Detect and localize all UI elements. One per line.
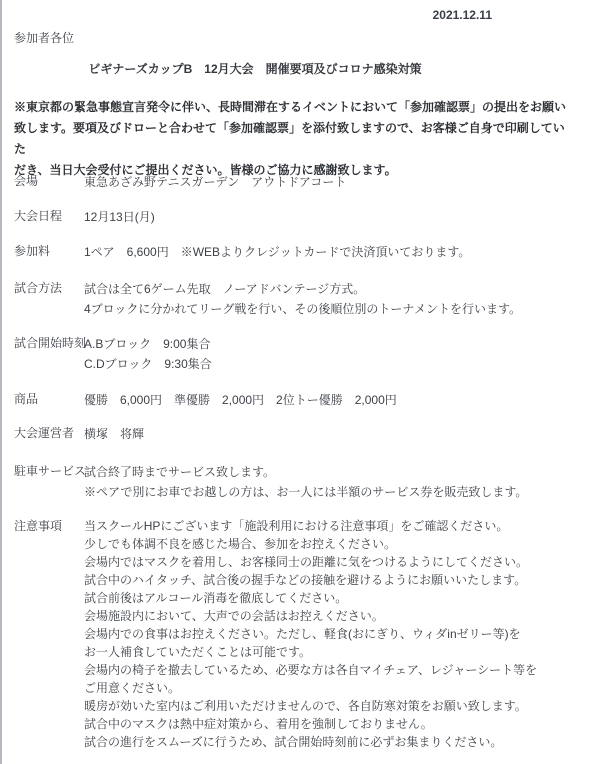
section-label: 商品 — [14, 390, 38, 407]
section-value: 当スクールHPにございます「施設利用における注意事項」をご確認ください。 少しで… — [84, 517, 590, 751]
section-value: 横塚 将輝 — [84, 424, 590, 444]
salutation: 参加者各位 — [14, 29, 74, 46]
document-title: ビギナーズカップB 12月大会 開催要項及びコロナ感染対策 — [0, 60, 510, 77]
section-value: 優勝 6,000円 準優勝 2,000円 2位トー優勝 2,000円 — [84, 390, 590, 410]
document-page: 2021.12.11 参加者各位 ビギナーズカップB 12月大会 開催要項及びコ… — [0, 0, 600, 764]
section-row-match-format: 試合方法 試合は全て6ゲーム先取 ノーアドバンテージ方式。 4ブロックに分かれて… — [0, 279, 600, 319]
document-date: 2021.12.11 — [0, 8, 492, 22]
section-value: 東急あざみ野テニスガーデン アウトドアコート — [84, 172, 590, 192]
section-label: 駐車サービス — [14, 462, 86, 479]
section-row-start-time: 試合開始時刻 A.Bブロック 9:00集合 C.Dブロック 9:30集合 — [0, 334, 600, 374]
section-label: 大会日程 — [14, 207, 62, 224]
section-row-entry-fee: 参加料 1ペア 6,600円 ※WEBよりクレジットカードで決済頂いております。 — [0, 242, 600, 262]
section-row-parking-service: 駐車サービス 試合終了時までサービス致します。 ※ペアで別にお車でお越しの方は、… — [0, 462, 600, 502]
section-value: 試合終了時までサービス致します。 ※ペアで別にお車でお越しの方は、お一人には半額… — [84, 462, 590, 502]
section-row-prizes: 商品 優勝 6,000円 準優勝 2,000円 2位トー優勝 2,000円 — [0, 390, 600, 410]
section-label: 大会運営者 — [14, 424, 74, 441]
section-value: A.Bブロック 9:00集合 C.Dブロック 9:30集合 — [84, 334, 590, 374]
section-row-organizer: 大会運営者 横塚 将輝 — [0, 424, 600, 444]
section-label: 参加料 — [14, 242, 50, 259]
section-row-schedule: 大会日程 12月13日(月) — [0, 207, 600, 227]
section-value: 試合は全て6ゲーム先取 ノーアドバンテージ方式。 4ブロックに分かれてリーグ戦を… — [84, 279, 590, 319]
covid-notice-paragraph: ※東京都の緊急事態宣言発令に伴い、長時間滞在するイベントにおいて「参加確認票」の… — [14, 97, 574, 181]
section-label: 注意事項 — [14, 517, 62, 534]
section-row-venue: 会場 東急あざみ野テニスガーデン アウトドアコート — [0, 172, 600, 192]
section-row-notes: 注意事項 当スクールHPにございます「施設利用における注意事項」をご確認ください… — [0, 517, 600, 751]
section-label: 試合開始時刻 — [14, 334, 86, 351]
section-label: 試合方法 — [14, 279, 62, 296]
section-label: 会場 — [14, 172, 38, 189]
section-value: 12月13日(月) — [84, 207, 590, 227]
section-value: 1ペア 6,600円 ※WEBよりクレジットカードで決済頂いております。 — [84, 242, 590, 262]
